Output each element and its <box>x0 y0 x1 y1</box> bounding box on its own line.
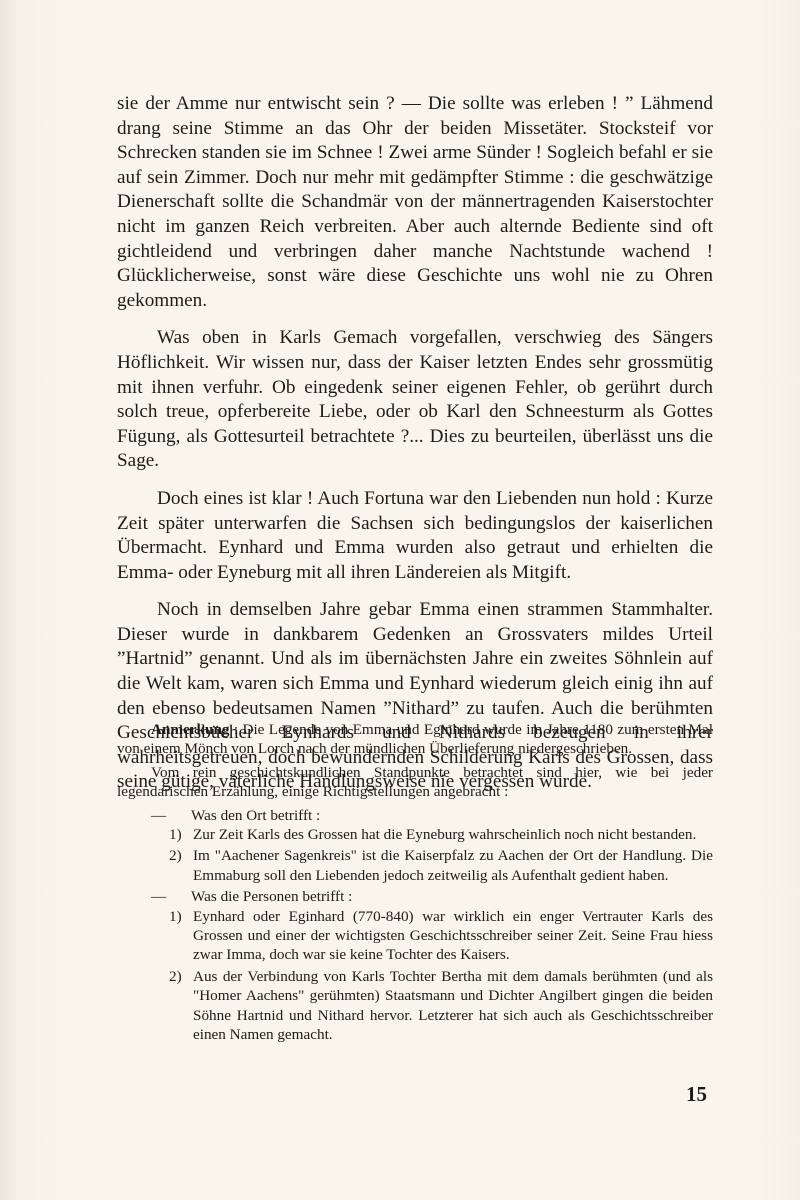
note-list-place: 1) Zur Zeit Karls des Grossen hat die Ey… <box>117 825 713 885</box>
list-item: 1) Eynhard oder Eginhard (770-840) war w… <box>193 907 713 965</box>
section-heading: Was die Personen betrifft : <box>191 887 352 906</box>
item-number: 1) <box>169 907 193 965</box>
item-number: 2) <box>169 967 193 1045</box>
note-intro: Anmerkung : Die Legende von Emma und Egi… <box>117 720 713 759</box>
item-text: Im "Aachener Sagenkreis" ist die Kaiserp… <box>193 846 713 885</box>
list-item: 2) Im "Aachener Sagenkreis" ist die Kais… <box>193 846 713 885</box>
book-page: sie der Amme nur entwischt sein ? — Die … <box>0 0 800 1200</box>
note-list-persons: 1) Eynhard oder Eginhard (770-840) war w… <box>117 907 713 1045</box>
note-section-place: — Was den Ort betrifft : <box>151 806 713 825</box>
paragraph: Was oben in Karls Gemach vorgefallen, ve… <box>117 326 713 474</box>
page-number: 15 <box>686 1082 707 1107</box>
item-text: Zur Zeit Karls des Grossen hat die Eyneb… <box>193 825 713 844</box>
item-text: Eynhard oder Eginhard (770-840) war wirk… <box>193 907 713 965</box>
annotation-note: Anmerkung : Die Legende von Emma und Egi… <box>117 720 713 1047</box>
paragraph: sie der Amme nur entwischt sein ? — Die … <box>117 92 713 313</box>
list-item: 1) Zur Zeit Karls des Grossen hat die Ey… <box>193 825 713 844</box>
note-second: Vom rein geschichtskundlichen Standpunkt… <box>117 763 713 802</box>
item-text: Aus der Verbindung von Karls Tochter Ber… <box>193 967 713 1045</box>
note-section-persons: — Was die Personen betrifft : <box>151 887 713 906</box>
note-label: Anmerkung <box>151 721 229 738</box>
list-item: 2) Aus der Verbindung von Karls Tochter … <box>193 967 713 1045</box>
item-number: 2) <box>169 846 193 885</box>
section-heading: Was den Ort betrifft : <box>191 806 320 825</box>
item-number: 1) <box>169 825 193 844</box>
main-text: sie der Amme nur entwischt sein ? — Die … <box>117 92 713 808</box>
dash: — <box>151 806 191 825</box>
dash: — <box>151 887 191 906</box>
paragraph: Doch eines ist klar ! Auch Fortuna war d… <box>117 487 713 585</box>
